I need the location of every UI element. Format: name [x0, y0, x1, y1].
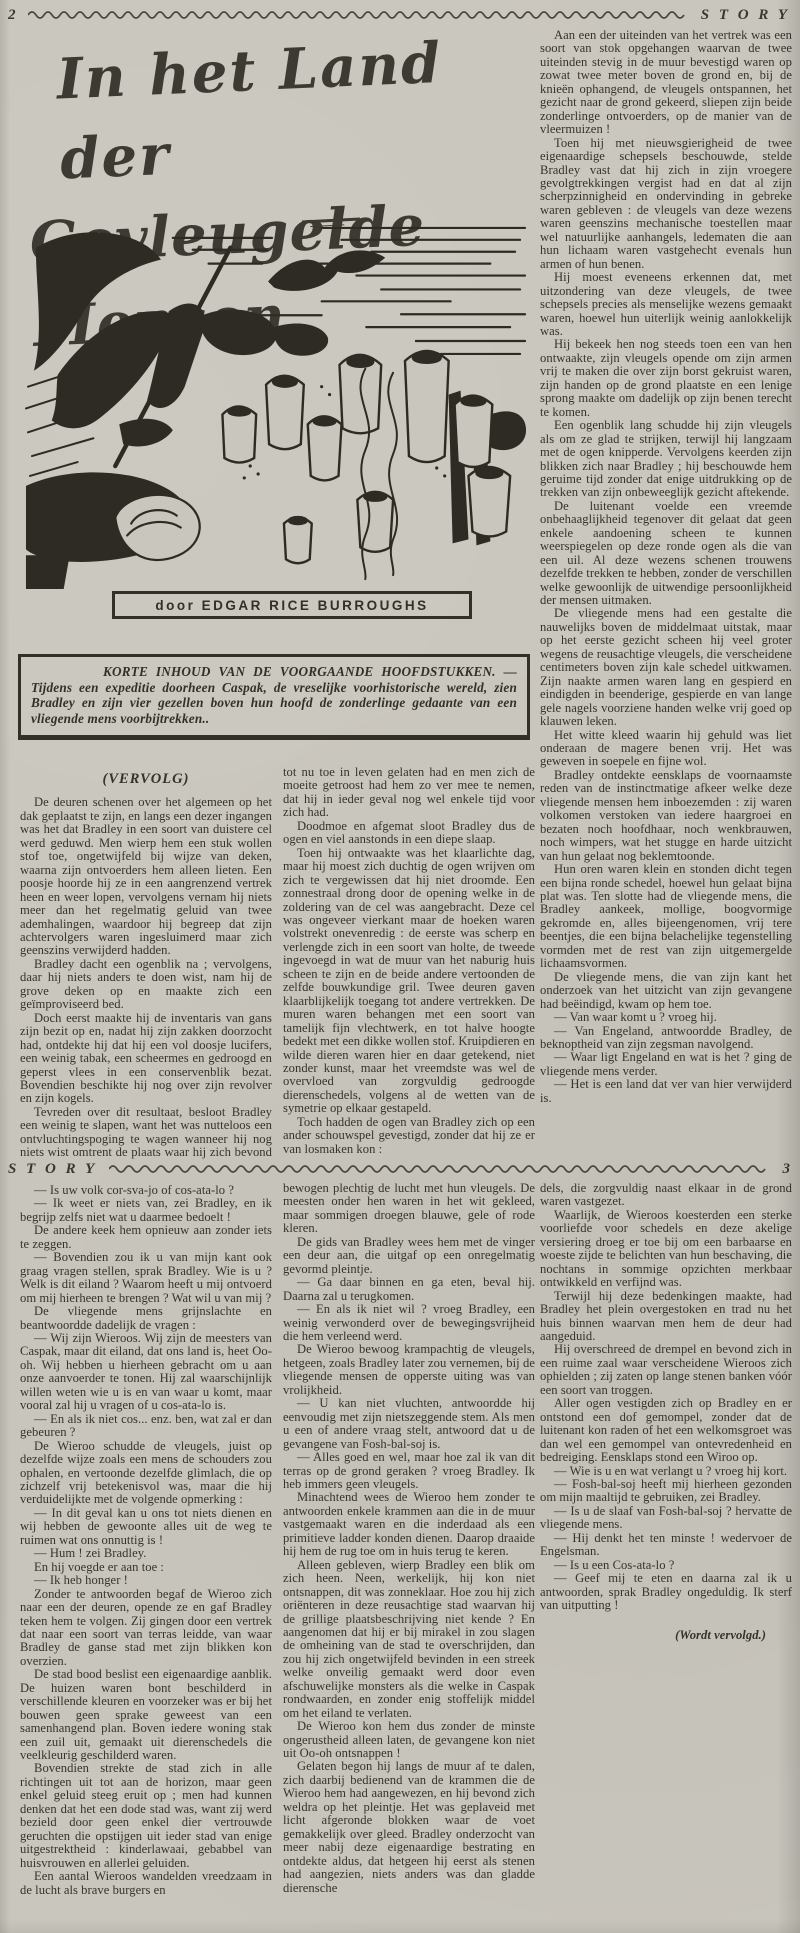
paragraph: — Bovendien zou ik u van mijn kant ook g…: [20, 1251, 272, 1305]
paragraph: — Is u een Cos-ata-lo ?: [540, 1559, 792, 1572]
summary-text: KORTE INHOUD VAN DE VOORGAANDE HOOFDSTUK…: [31, 664, 517, 726]
paragraph: — Is u de slaaf van Fosh-bal-soj ? herva…: [540, 1505, 792, 1532]
summary-box: KORTE INHOUD VAN DE VOORGAANDE HOOFDSTUK…: [18, 654, 530, 740]
paragraph: — Alles goed en wel, maar hoe zal ik van…: [283, 1451, 535, 1491]
paragraph: — Hij denkt het ten minste ! wedervoer d…: [540, 1532, 792, 1559]
ornament-wave: [28, 10, 689, 20]
paragraph: — U kan niet vluchten, antwoordde hij ee…: [283, 1397, 535, 1451]
paragraph: De Wieroo bewoog krampachtig de vleugels…: [283, 1343, 535, 1397]
paragraph: — En als ik niet wil ? vroeg Bradley, ee…: [283, 1303, 535, 1343]
paragraph: dels, die zorgvuldig naast elkaar in de …: [540, 1182, 792, 1209]
ornament-wave: [109, 1164, 770, 1174]
paragraph: — Waar ligt Engeland en wat is het ? gin…: [540, 1051, 792, 1078]
paragraph: De Wieroo schudde de vleugels, juist op …: [20, 1440, 272, 1507]
paragraph: De gids van Bradley wees hem met de ving…: [283, 1236, 535, 1276]
paragraph: Hij bekeek hen nog steeds toen een van h…: [540, 338, 792, 419]
paragraph: En hij voegde er aan toe :: [20, 1561, 272, 1574]
page3-number: 3: [783, 1161, 791, 1178]
paragraph: Hij overschreed de drempel en bevond zic…: [540, 1343, 792, 1397]
byline-box: door EDGAR RICE BURROUGHS: [112, 591, 472, 619]
paragraph: Alleen gebleven, wierp Bradley een blik …: [283, 1559, 535, 1720]
paragraph: — Ga daar binnen en ga eten, beval hij. …: [283, 1276, 535, 1303]
paragraph: Bovendien strekte de stad zich in alle r…: [20, 1762, 272, 1870]
byline: door EDGAR RICE BURROUGHS: [155, 598, 428, 613]
paragraph: Toen hij ontwaakte was het klaarlichte d…: [283, 847, 535, 1116]
paragraph: Gelaten begon hij langs de muur af te da…: [283, 1760, 535, 1895]
page2-column-3: Aan een der uiteinden van het vertrek wa…: [540, 29, 792, 1159]
paragraph: — Geef mij te eten en daarna zal ik u an…: [540, 1572, 792, 1612]
corner-shadow: [26, 555, 70, 589]
paragraph: Doodmoe en afgemat sloot Bradley dus de …: [283, 820, 535, 847]
paragraph: bewogen plechtig de lucht met hun vleuge…: [283, 1182, 535, 1236]
masthead-story: S T O R Y: [701, 7, 790, 24]
paragraph: — Van Engeland, antwoordde Bradley, de b…: [540, 1025, 792, 1052]
paragraph: De vliegende mens had een gestalte die n…: [540, 607, 792, 728]
page2-header: 2 S T O R Y: [8, 6, 790, 24]
page3-column-2: bewogen plechtig de lucht met hun vleuge…: [283, 1182, 535, 1933]
paragraph: Zonder te antwoorden begaf de Wieroo zic…: [20, 1588, 272, 1669]
paragraph: Doch eerst maakte hij de inventaris van …: [20, 1012, 272, 1106]
paragraph: — Hum ! zei Bradley.: [20, 1547, 272, 1560]
title-line-1: In het Land der: [21, 19, 532, 201]
paragraph: Bradley ontdekte eensklaps de voornaamst…: [540, 769, 792, 863]
paragraph: Aller ogen vestigden zich op Bradley en …: [540, 1397, 792, 1464]
paragraph: — Is uw volk cor-sva-jo of cos-ata-lo ?: [20, 1184, 272, 1197]
paragraph: — Het is een land dat ver van hier verwi…: [540, 1078, 792, 1105]
paragraph: Het witte kleed waarin hij gehuld was li…: [540, 729, 792, 769]
story-illustration: [24, 220, 530, 592]
paragraph: Een ogenblik lang schudde hij zijn vleug…: [540, 419, 792, 500]
paragraph: — Ik heb honger !: [20, 1574, 272, 1587]
paragraph: — Wij zijn Wieroos. Wij zijn de meesters…: [20, 1332, 272, 1413]
paragraph: tot nu toe in leven gelaten had en men z…: [283, 766, 535, 820]
paragraph: Waarlijk, de Wieroos koesterden een ster…: [540, 1209, 792, 1290]
paragraph: Tevreden over dit resultaat, besloot Bra…: [20, 1106, 272, 1161]
paragraph: — En als ik niet cos... enz. ben, wat za…: [20, 1413, 272, 1440]
paragraph: — Fosh-bal-soj heeft mij hierheen gezond…: [540, 1478, 792, 1505]
paragraph: Hij moest eveneens erkennen dat, met uit…: [540, 271, 792, 338]
masthead-story: S T O R Y: [8, 1161, 97, 1178]
paragraph: Een aantal Wieroos wandelden vreedzaam i…: [20, 1870, 272, 1897]
paragraph: De Wieroo kon hem dus zonder de minste o…: [283, 1720, 535, 1760]
paragraph: Toch hadden de ogen van Bradley zich op …: [283, 1116, 535, 1156]
paragraph: — Ik weet er niets van, zei Bradley, en …: [20, 1197, 272, 1224]
scanned-magazine-page: 2 S T O R Y In het Land der Gevleugelde …: [0, 0, 800, 1933]
page2-number: 2: [8, 7, 16, 24]
paragraph: De stad bood beslist een eigenaardige aa…: [20, 1668, 272, 1762]
flying-bird: [268, 250, 385, 291]
paragraph: Bradley dacht een ogenblik na ; vervolge…: [20, 958, 272, 1012]
page3-header: S T O R Y 3: [8, 1160, 790, 1178]
paragraph: Terwijl hij deze bedenkingen maakte, had…: [540, 1290, 792, 1344]
paragraph: De andere keek hem opnieuw aan zonder ie…: [20, 1224, 272, 1251]
paragraph: De vliegende mens, die van zijn kant het…: [540, 971, 792, 1011]
paragraph: De vliegende mens grijnslachte en beantw…: [20, 1305, 272, 1332]
page3-column-3: dels, die zorgvuldig naast elkaar in de …: [540, 1182, 792, 1933]
page2-column-1: (VERVOLG) De deuren schenen over het alg…: [20, 773, 272, 1161]
paragraph: Aan een der uiteinden van het vertrek wa…: [540, 29, 792, 137]
paragraph: — In dit geval kan u ons tot niets diene…: [20, 1507, 272, 1547]
paragraph: (Wordt vervolgd.): [540, 1629, 792, 1642]
paragraph: — Van waar komt u ? vroeg hij.: [540, 1011, 792, 1024]
paragraph: Minachtend wees de Wieroo hem zonder te …: [283, 1491, 535, 1558]
paragraph: De luitenant voelde een vreemde onbehaag…: [540, 500, 792, 608]
flying-wieroo: [34, 232, 205, 446]
continuation-heading: (VERVOLG): [20, 773, 272, 786]
page2-column-2: tot nu toe in leven gelaten had en men z…: [283, 766, 535, 1161]
paragraph: — Wie is u en wat verlangt u ? vroeg hij…: [540, 1465, 792, 1478]
paragraph: Toen hij met nieuwsgierigheid de twee ei…: [540, 137, 792, 272]
paragraph: De deuren schenen over het algemeen op h…: [20, 796, 272, 957]
paragraph: Hun oren waren klein en stonden dicht te…: [540, 863, 792, 971]
page3-column-1: — Is uw volk cor-sva-jo of cos-ata-lo ?—…: [20, 1184, 272, 1933]
